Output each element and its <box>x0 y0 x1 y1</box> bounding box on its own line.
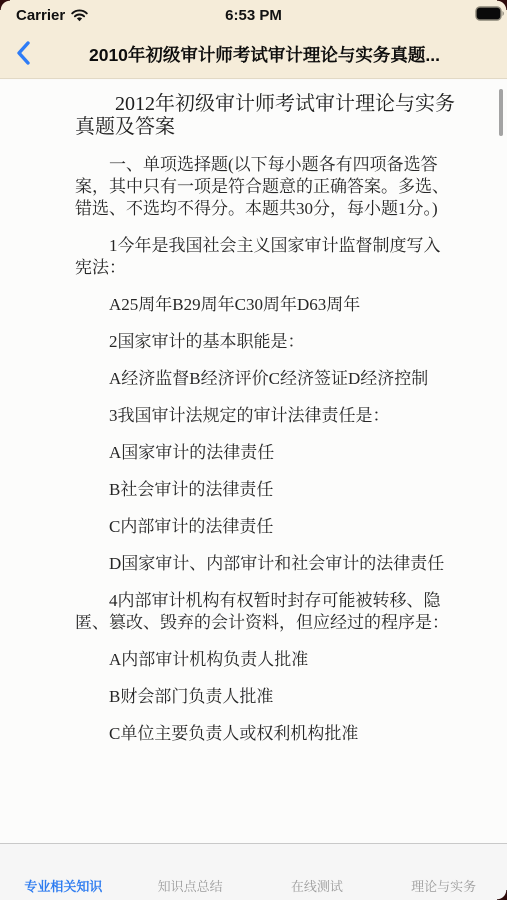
nav-bar: 2010年初级审计师考试审计理论与实务真题... <box>0 30 507 79</box>
question-3-option-c: C内部审计的法律责任 <box>75 516 455 538</box>
question-1: 1今年是我国社会主义国家审计监督制度写入宪法： <box>75 235 455 279</box>
scrollbar[interactable] <box>499 89 503 136</box>
chevron-left-icon <box>16 41 30 70</box>
question-3: 3我国审计法规定的审计法律责任是： <box>75 405 455 427</box>
question-2-options: A经济监督B经济评价C经济签证D经济控制 <box>75 368 455 390</box>
tab-bar: 专业相关知识 知识点总结 在线测试 理论与实务 <box>0 843 507 900</box>
back-button[interactable] <box>10 42 36 68</box>
question-4: 4内部审计机构有权暂时封存可能被转移、隐匿、篡改、毁弃的会计资料，但应经过的程序… <box>75 590 455 634</box>
page-title: 2010年初级审计师考试审计理论与实务真题... <box>0 42 507 67</box>
question-3-option-a: A国家审计的法律责任 <box>75 442 455 464</box>
question-4-option-b: B财会部门负责人批准 <box>75 686 455 708</box>
tab-online-test[interactable]: 在线测试 <box>254 876 381 895</box>
tab-professional-knowledge[interactable]: 专业相关知识 <box>0 876 127 895</box>
question-3-option-b: B社会审计的法律责任 <box>75 479 455 501</box>
battery-icon <box>475 6 505 26</box>
document-title: 2012年初级审计师考试审计理论与实务真题及答案 <box>75 93 455 139</box>
clock-label: 6:53 PM <box>0 7 507 24</box>
tab-theory-practice[interactable]: 理论与实务 <box>380 876 507 895</box>
question-1-options: A25周年B29周年C30周年D63周年 <box>75 294 455 316</box>
question-2: 2国家审计的基本职能是： <box>75 331 455 353</box>
document-body: 2012年初级审计师考试审计理论与实务真题及答案 一、单项选择题(以下每小题各有… <box>0 80 507 745</box>
question-4-option-c: C单位主要负责人或权利机构批准 <box>75 723 455 745</box>
question-3-option-d: D国家审计、内部审计和社会审计的法律责任 <box>75 553 455 575</box>
question-4-option-a: A内部审计机构负责人批准 <box>75 649 455 671</box>
paragraph-instructions: 一、单项选择题(以下每小题各有四项备选答案，其中只有一项是符合题意的正确答案。多… <box>75 154 455 220</box>
tab-knowledge-summary[interactable]: 知识点总结 <box>127 876 254 895</box>
status-bar: Carrier 6:53 PM <box>0 0 507 30</box>
phone-screen: Carrier 6:53 PM 2010年初级审计师考试审计理论与实务真 <box>0 0 507 900</box>
document-scroll-area[interactable]: 2012年初级审计师考试审计理论与实务真题及答案 一、单项选择题(以下每小题各有… <box>0 80 507 843</box>
